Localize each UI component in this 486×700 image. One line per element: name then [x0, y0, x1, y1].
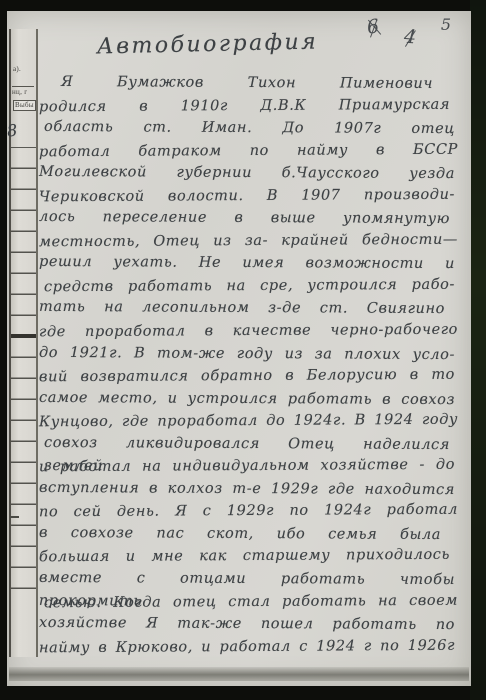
- edge-print-fragment: Выбы: [13, 100, 36, 111]
- text-line: Могилевской губернии б.Чаусского уезда: [37, 161, 463, 186]
- text-line: Чериковской волости. В 1907 производи-: [37, 183, 463, 208]
- text-line: тать на лесопильном з-де ст. Свиягино: [37, 296, 463, 321]
- text-line: семью. Когда отец стал работать на своем: [37, 589, 463, 614]
- text-line: Кунцово, где проработал до 1924г. В 1924…: [37, 409, 463, 434]
- text-line: большая и мне как старшему приходилось: [37, 544, 463, 569]
- text-line: работал батраком по найму в БССР: [37, 138, 463, 163]
- autobiography-text: Автобиография Я Бумажков Тихон Пименович…: [37, 25, 463, 658]
- text-line: средств работать на сре, устроился рабо-: [37, 274, 463, 299]
- text-line: местность, Отец из за- крайней бедности—: [37, 229, 463, 254]
- text-line: решил уехать. Не имея возможности и: [37, 251, 463, 276]
- text-line: найму в Крюково, и работал с 1924 г по 1…: [37, 634, 463, 659]
- edge-print-fragment: а).: [13, 65, 21, 74]
- handwritten-body: Я Бумажков Тихон Пименович родился в 191…: [37, 72, 463, 658]
- text-line: в совхозе пас скот, ибо семья была: [37, 522, 463, 547]
- page-fold-shadow: [9, 667, 469, 681]
- text-line: по сей день. Я с 1929г по 1924г работал: [37, 499, 463, 524]
- text-line: совхоз ликвидировался Отец наделился зем…: [37, 432, 463, 457]
- text-line: область ст. Иман. До 1907г отец: [37, 116, 463, 141]
- scan-edge-shadow: [470, 0, 486, 700]
- text-line: до 1921г. В том-же году из за плохих усл…: [37, 341, 463, 366]
- text-line: вступления в колхоз т-е 1929г где находи…: [37, 477, 463, 502]
- text-line: хозяйстве Я так-же пошел работать по: [37, 612, 463, 637]
- text-line: где проработал в качестве черно-рабочего: [37, 319, 463, 344]
- document-title: Автобиография: [67, 29, 349, 60]
- text-line: самое место, и устроился работать в совх…: [37, 387, 463, 412]
- ruled-cells-column: [11, 147, 36, 596]
- margin-number: 8: [6, 121, 18, 141]
- thick-rule-mark: [11, 334, 36, 338]
- text-line: родился в 1910г Д.В.К Приамурская: [37, 93, 463, 118]
- edge-print-fragment: нц, г: [12, 86, 34, 97]
- text-line: лось переселение в выше упомянутую: [37, 206, 463, 231]
- document-scan: а). нц, г Выбы 8 6 4 5 Автобиография Я Б…: [0, 0, 486, 700]
- margin-dash-mark: [10, 516, 19, 518]
- text-line: вместе с отцами работать чтобы прокормит…: [37, 567, 463, 592]
- text-line: Я Бумажков Тихон Пименович: [37, 71, 463, 96]
- text-line: и работал на индивидуальном хозяйстве - …: [37, 454, 463, 479]
- document-page: а). нц, г Выбы 8 6 4 5 Автобиография Я Б…: [7, 11, 471, 686]
- text-line: вий возвратился обратно в Белорусию в то: [37, 364, 463, 389]
